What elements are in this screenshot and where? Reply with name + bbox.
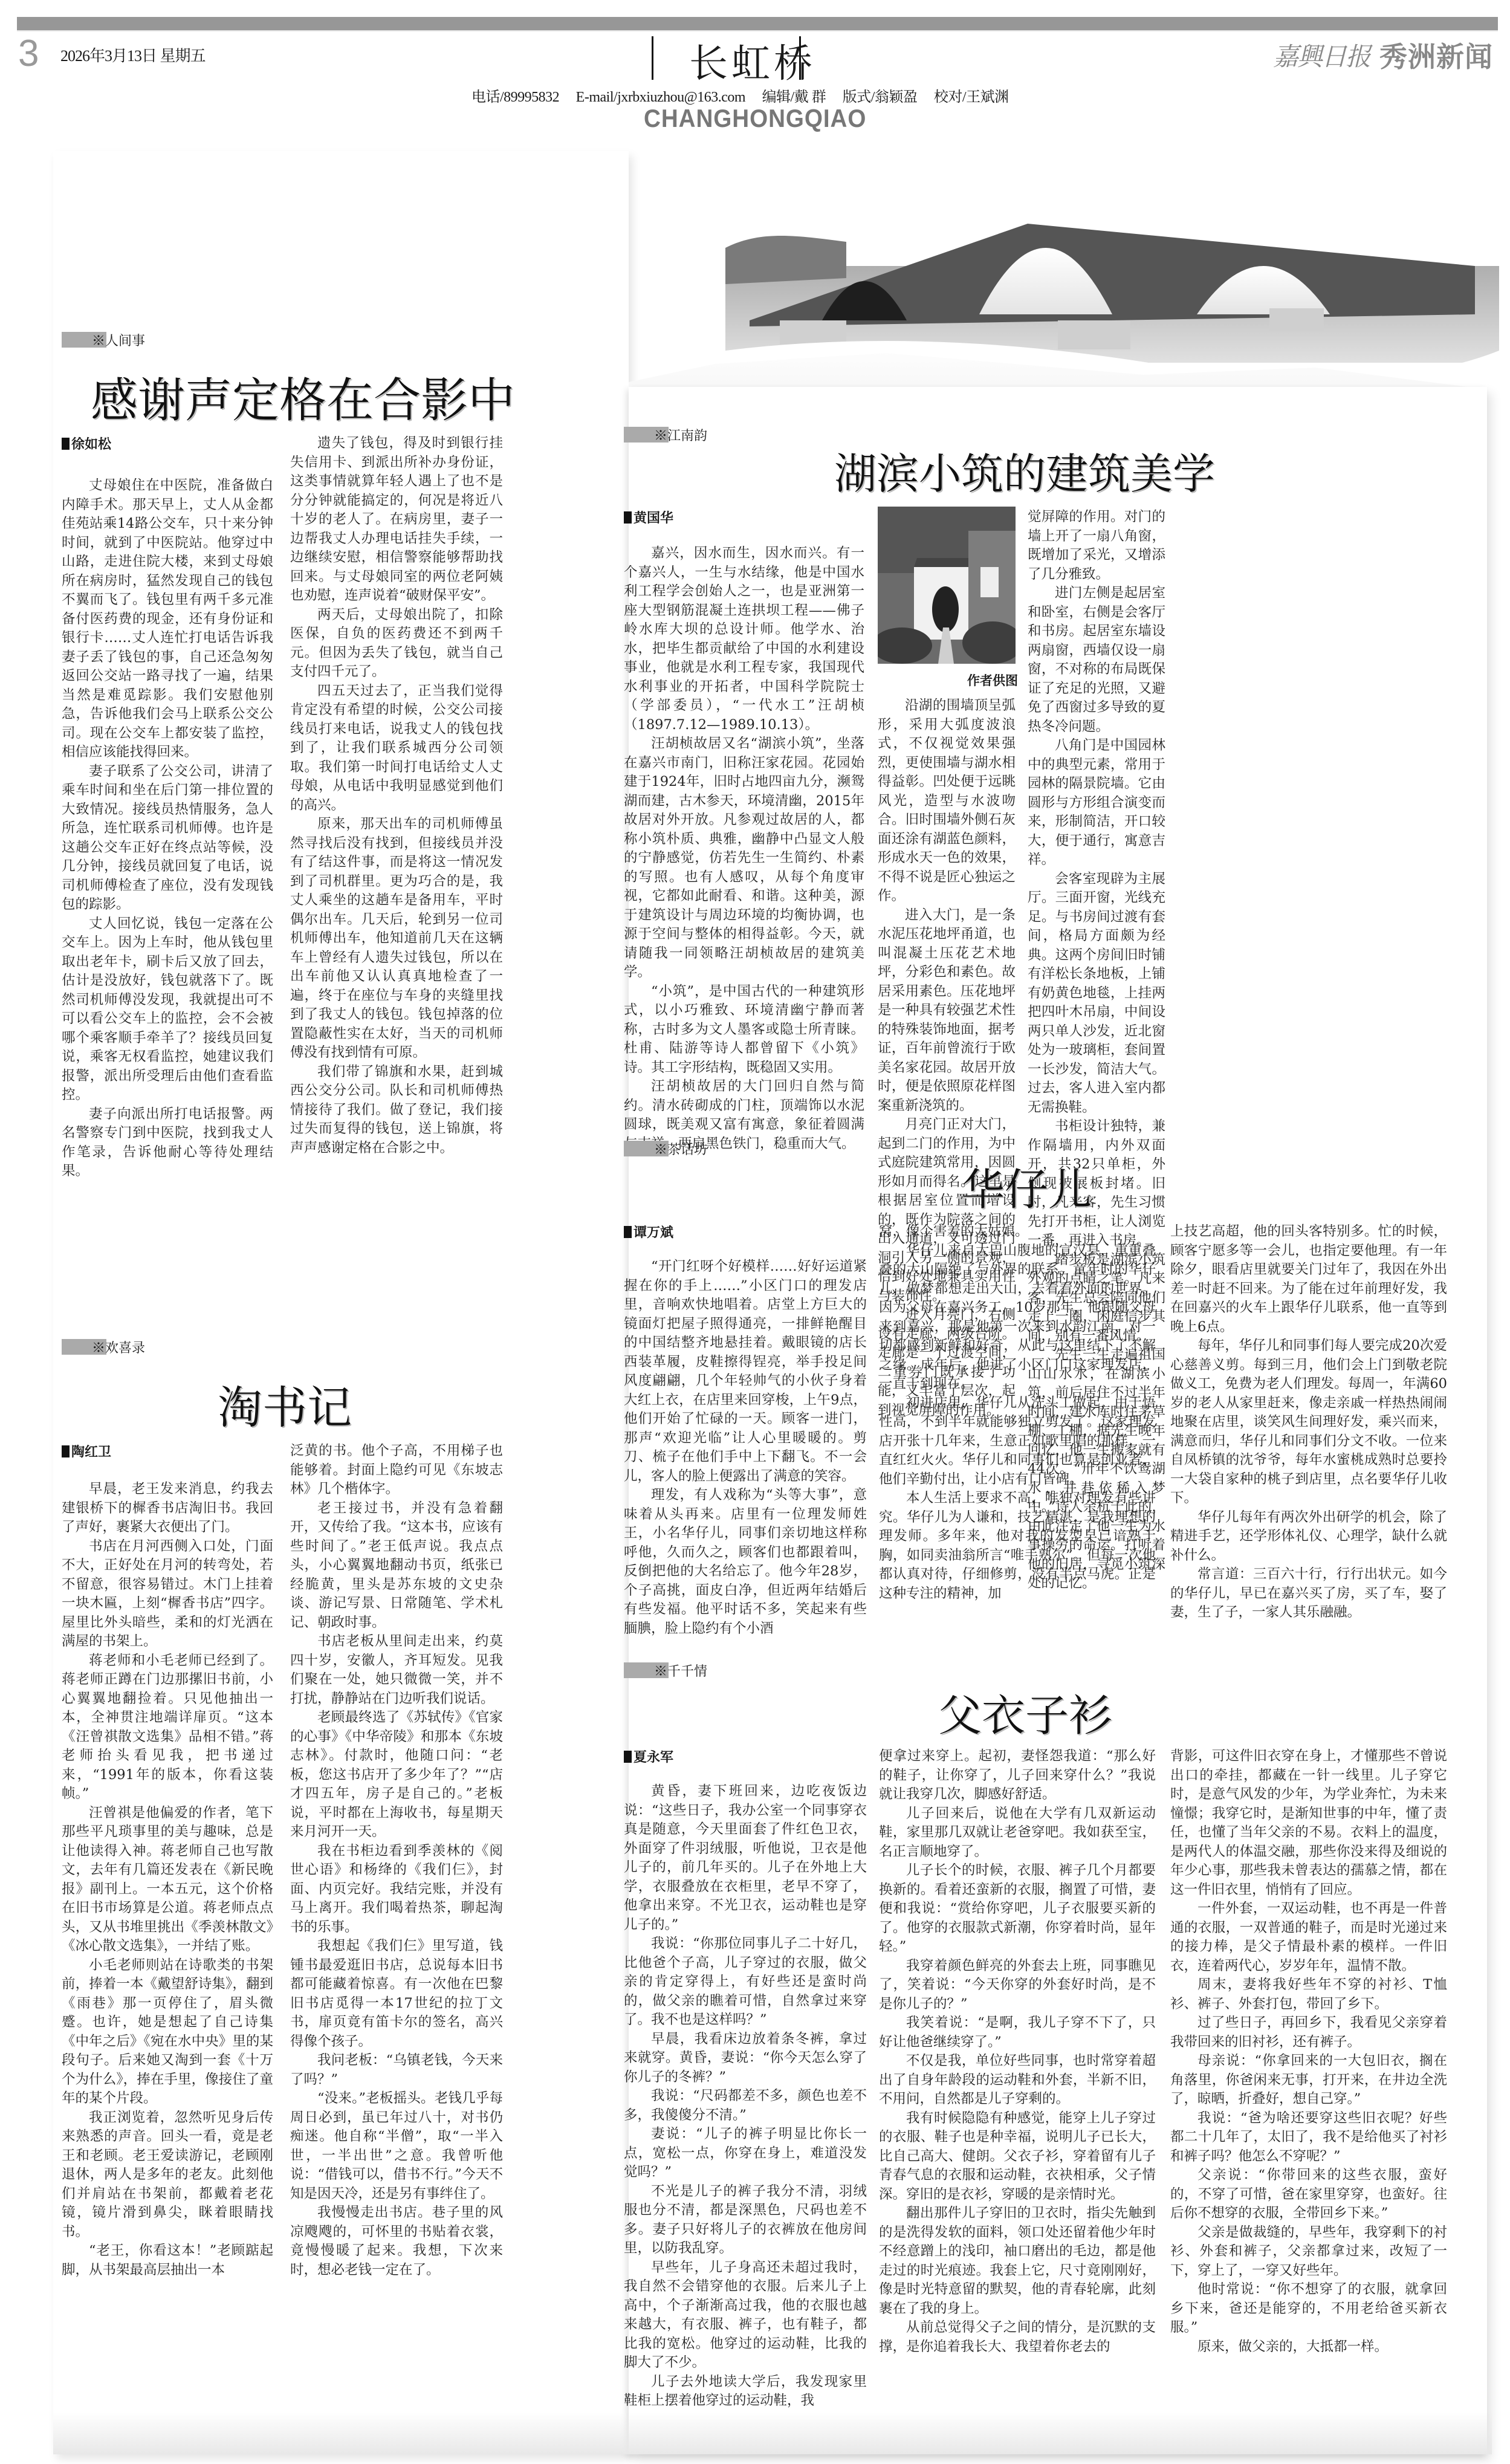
title-divider-left — [652, 36, 653, 80]
column-tag-huanxilu: ※欢喜录 — [62, 1339, 145, 1355]
newspaper-logo: 嘉興日报 秀洲新闻 — [1273, 35, 1493, 75]
issue-date: 2026年3月13日 星期五 — [60, 44, 206, 66]
article-body-col-3: 上技艺高超，他的回头客特别多。忙的时候，顾客宁愿多等一会儿，也指定要他理。有一年… — [1170, 1222, 1447, 1623]
email-link[interactable]: E-mail/jxrbxiuzhou@163.com — [576, 89, 745, 105]
proofreader: 校对/王斌渊 — [934, 89, 1009, 105]
article-body-col-2: 便拿过来穿上。起初，妻怪怨我道：“那么好的鞋子，让你穿了，儿子回来穿什么？”我说… — [879, 1747, 1156, 2356]
author-byline: 徐如松 — [62, 434, 111, 453]
article-body-col-2: 泛黄的书。他个子高，不用梯子也能够着。封面上隐约可见《东坡志林》几个楷体字。 老… — [290, 1442, 503, 2280]
column-tag-renjianshi: ※人间事 — [62, 332, 145, 348]
author-byline: 陶红卫 — [62, 1442, 111, 1461]
section-title: 长虹桥 — [689, 33, 816, 88]
article-body-col-2: 遗失了钱包，得及时到银行挂失信用卡、到派出所补办身份证，这类事情就算年轻人遇上了… — [290, 434, 503, 1158]
phone: 电话/89995832 — [471, 89, 559, 105]
page-number: 3 — [18, 35, 39, 73]
article-body-col-1: 黄昏，妻下班回来，边吃夜饭边说：“这些日子，我办公室一个同事穿衣真是随意，今天里… — [624, 1782, 867, 2411]
header-bar — [17, 17, 1498, 30]
article-body-col-1: 嘉兴，因水而生，因水而兴。有一个嘉兴人，一生与水结缘，他是中国水利工程学会创始人… — [624, 544, 864, 1153]
article-title: 感谢声定格在合影中 — [91, 363, 515, 430]
article-title: 淘书记 — [218, 1372, 352, 1436]
contact-line: 电话/89995832 E-mail/jxrbxiuzhou@163.com 编… — [471, 85, 1022, 106]
column-tag-qianqianqing: ※千千情 — [624, 1662, 707, 1678]
bottom-shadow — [53, 2412, 1492, 2454]
article-body-col-1: 早晨，老王发来消息，约我去建银桥下的樨香书店淘旧书。我回了声好，裹紧大衣便出了门… — [62, 1480, 273, 2280]
column-tag-jiangnanyun: ※江南韵 — [624, 427, 707, 443]
article-body-col-1: “开门红呀个好模样……好好运道紧握在你的手上……”小区门口的理发店里，音响欢快地… — [624, 1257, 867, 1638]
article-body-col-1: 丈母娘住在中医院，准备做白内障手术。那天早上，丈人从金都佳苑站乘14路公交车，只… — [62, 476, 273, 1181]
column-tag-chahuafang: ※茶话坊 — [624, 1141, 707, 1156]
layout-editor: 版式/翁颖盈 — [843, 89, 918, 105]
title-divider-right — [799, 36, 801, 80]
editor: 编辑/戴 群 — [762, 89, 826, 105]
author-byline: 夏永军 — [624, 1747, 673, 1766]
author-byline: 谭万斌 — [624, 1222, 673, 1241]
article-photo-moon-gate — [878, 507, 1016, 664]
article-title: 父衣子衫 — [938, 1681, 1112, 1743]
article-title: 华仔儿 — [961, 1155, 1092, 1217]
header-rule — [17, 30, 1498, 31]
author-byline: 黄国华 — [624, 508, 673, 527]
article-title: 湖滨小筑的建筑美学 — [834, 440, 1215, 501]
bridge-photo — [725, 121, 1499, 393]
brand-name: 秀洲新闻 — [1379, 35, 1493, 75]
article-body-col-2: 窝，像个害羞的大姑娘。 华仔儿来自大巴山腹地的宣汉县，重重叠叠的大山隔绝了与外界… — [879, 1222, 1156, 1603]
brand-script: 嘉興日报 — [1273, 37, 1370, 73]
article-body-col-3: 背影，可这件旧衣穿在身上，才懂那些不曾说出口的牵挂，都藏在一针一线里。儿子穿它时… — [1170, 1747, 1447, 2356]
photo-credit: 作者供图 — [967, 671, 1018, 689]
